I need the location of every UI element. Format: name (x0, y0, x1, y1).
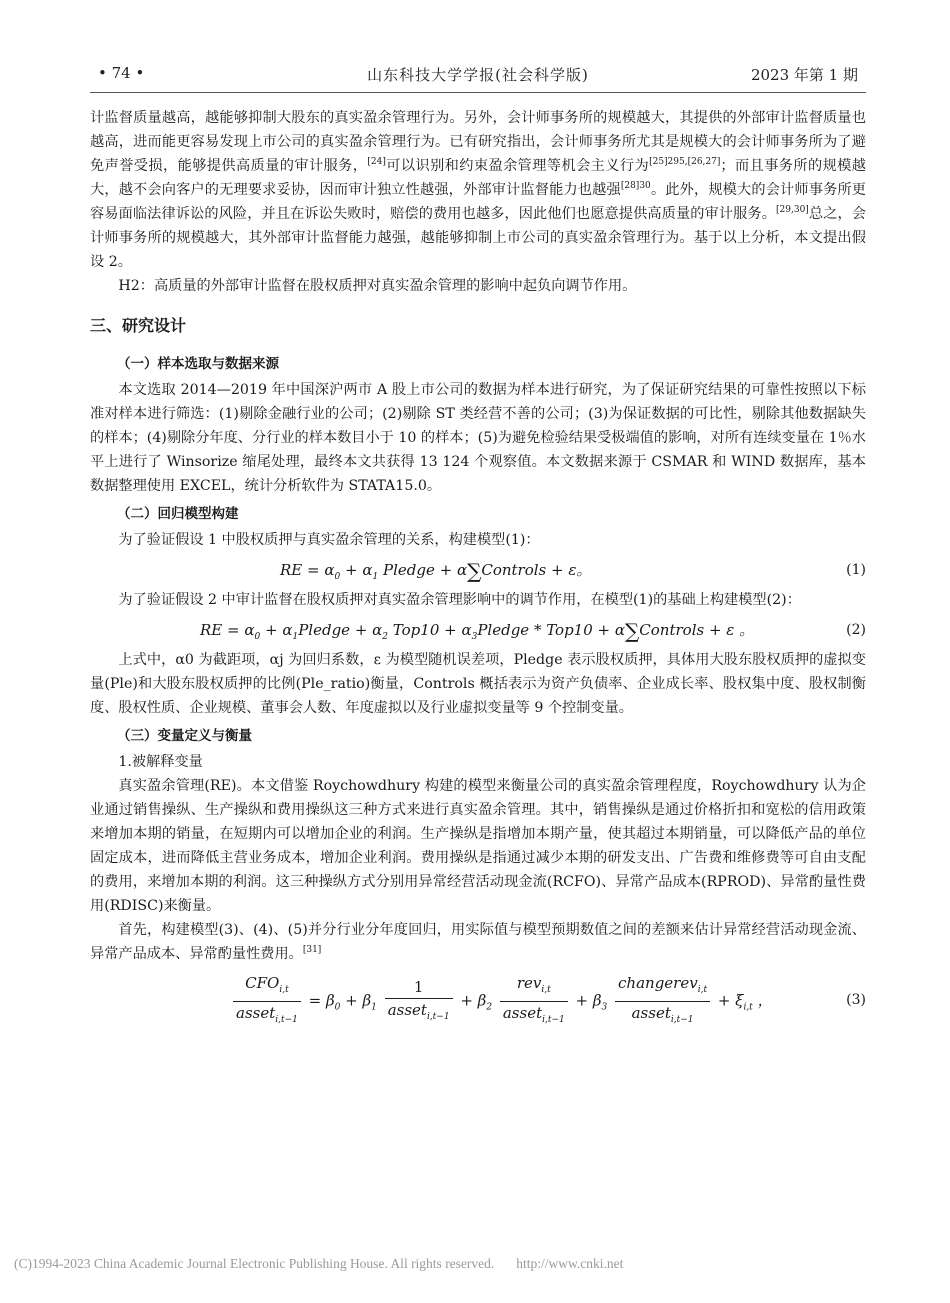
running-header: • 74 • 山东科技大学学报(社会科学版) 2023 年第 1 期 (90, 64, 866, 86)
equation-number: (2) (846, 618, 866, 642)
citation: [29,30] (776, 205, 809, 215)
header-rule (90, 92, 866, 93)
fraction: 1asseti,t−1 (385, 976, 453, 1028)
citation: [24] (367, 157, 385, 167)
equation-1: RE = α0 + α1 Pledge + α∑Controls + ε。 (1… (90, 552, 866, 588)
subsection-heading-variables: （三）变量定义与衡量 (90, 724, 866, 748)
fraction: changerevi,tasseti,t−1 (615, 972, 710, 1031)
copyright-text: (C)1994-2023 China Academic Journal Elec… (14, 1256, 494, 1271)
citation: [31] (303, 945, 321, 955)
paragraph-real-earnings-management: 真实盈余管理(RE)。本文借鉴 Roychowdhury 构建的模型来衡量公司的… (90, 774, 866, 918)
equation-2: RE = α0 + α1Pledge + α2 Top10 + α3Pledge… (90, 612, 866, 648)
paragraph-sample: 本文选取 2014—2019 年中国深沪两市 A 股上市公司的数据为样本进行研究… (90, 378, 866, 498)
issue-label: 2023 年第 1 期 (751, 64, 858, 85)
copyright-footer: (C)1994-2023 China Academic Journal Elec… (14, 1256, 623, 1272)
equation-number: (1) (846, 558, 866, 582)
hypothesis-h2: H2：高质量的外部审计监督在股权质押对真实盈余管理的影响中起负向调节作用。 (90, 274, 866, 298)
paragraph-audit-scale: 计监督质量越高，越能够抑制大股东的真实盈余管理行为。另外，会计师事务所的规模越大… (90, 106, 866, 274)
subsection-heading-sample: （一）样本选取与数据来源 (90, 352, 866, 376)
paragraph-model2-intro: 为了验证假设 2 中审计监督在股权质押对真实盈余管理影响中的调节作用，在模型(1… (90, 588, 866, 612)
article-body: 计监督质量越高，越能够抑制大股东的真实盈余管理行为。另外，会计师事务所的规模越大… (90, 104, 866, 1030)
paragraph-model3-intro: 首先，构建模型(3)、(4)、(5)并分行业分年度回归，用实际值与模型预期数值之… (90, 918, 866, 966)
equation-number: (3) (846, 988, 866, 1012)
equation-3: CFOi,tasseti,t−1 = β0 + β1 1asseti,t−1 +… (90, 966, 866, 1030)
section-heading-research-design: 三、研究设计 (90, 314, 866, 338)
journal-title: 山东科技大学学报(社会科学版) (90, 64, 866, 85)
summation-symbol: ∑ (467, 559, 481, 583)
summation-symbol: ∑ (625, 619, 639, 643)
fraction: CFOi,tasseti,t−1 (233, 972, 301, 1031)
cnki-link[interactable]: http://www.cnki.net (516, 1256, 623, 1271)
paragraph-model1-intro: 为了验证假设 1 中股权质押与真实盈余管理的关系，构建模型(1)： (90, 528, 866, 552)
citation: [28]30 (621, 181, 651, 191)
fraction: revi,tasseti,t−1 (500, 972, 568, 1031)
item-dependent-variable: 1.被解释变量 (90, 750, 866, 774)
paragraph-variable-explanation: 上式中，α0 为截距项，αj 为回归系数，ε 为模型随机误差项，Pledge 表… (90, 648, 866, 720)
citation: [25]295,[26,27] (649, 157, 720, 167)
subsection-heading-model: （二）回归模型构建 (90, 502, 866, 526)
